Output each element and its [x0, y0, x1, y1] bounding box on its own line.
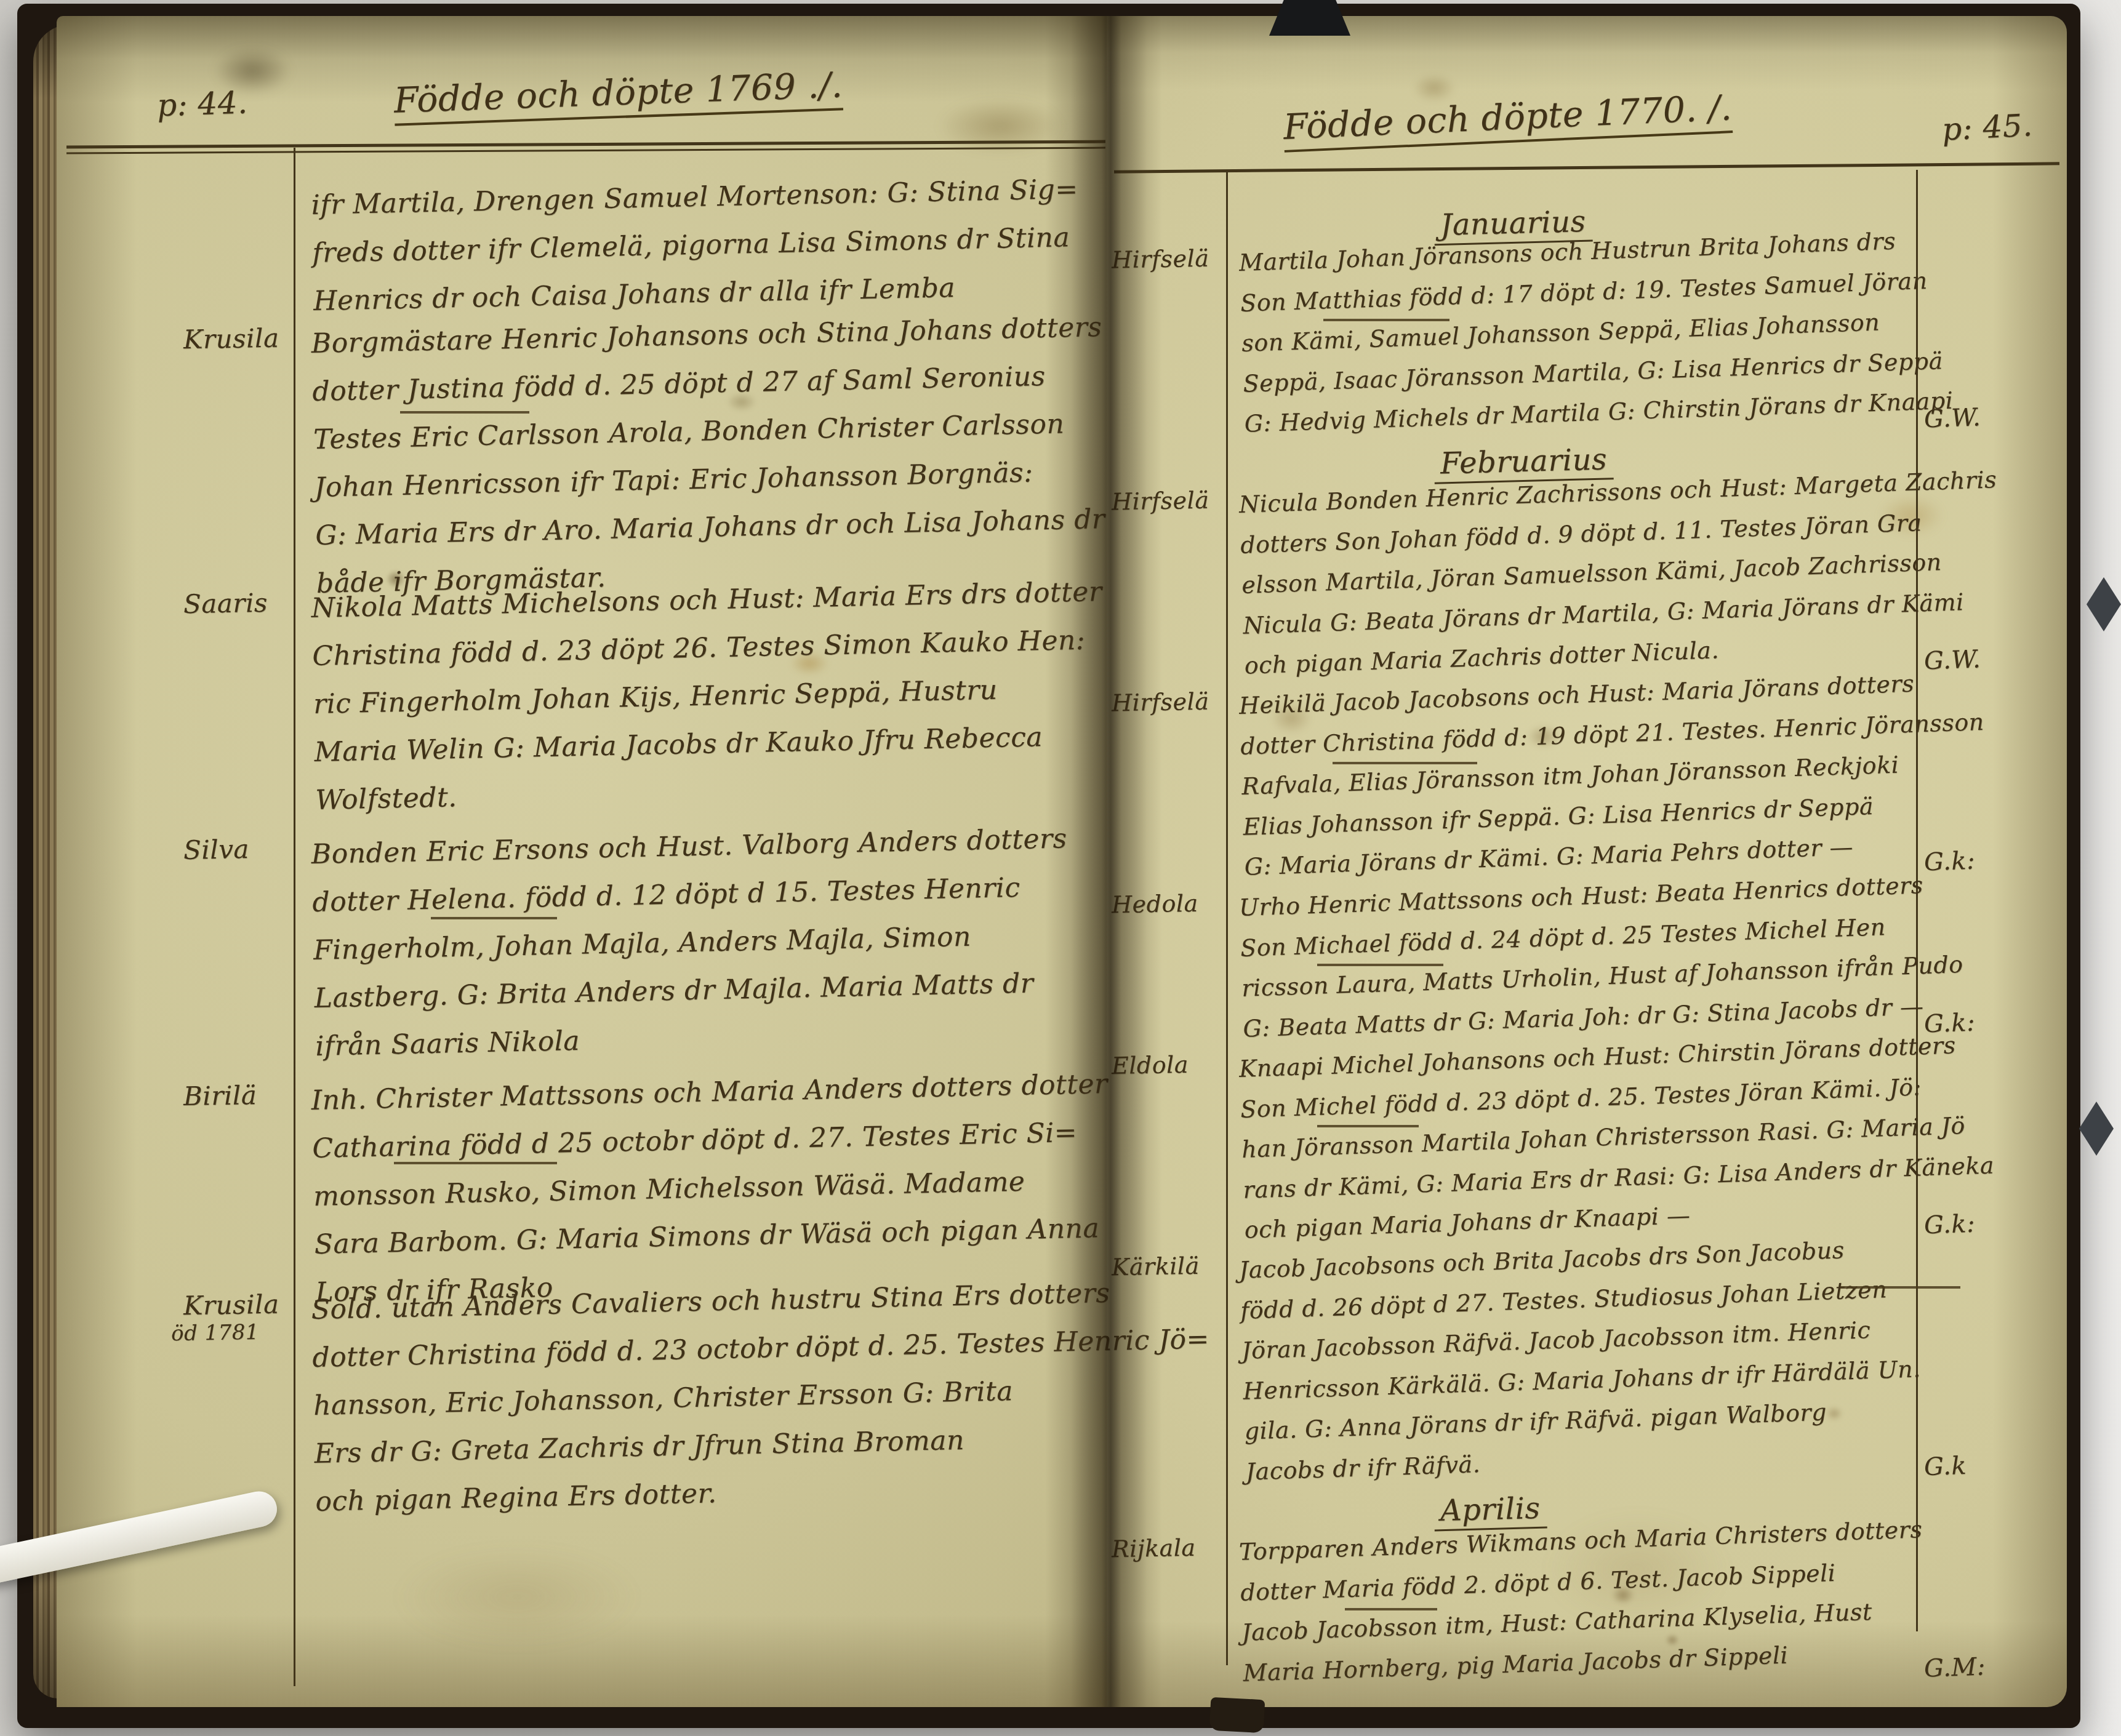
place-label: Birilä: [183, 1080, 257, 1111]
page-number-left: p: 44.: [156, 84, 248, 123]
page-number-right: p: 45.: [1941, 107, 2034, 148]
place-label: Eldola: [1112, 1051, 1189, 1079]
register-entry: Bonden Eric Ersons och Hust. Valborg And…: [311, 815, 1072, 1071]
place-label: Rijkala: [1112, 1534, 1196, 1562]
column-rule: [294, 148, 295, 1686]
place-label: Hedola: [1112, 890, 1198, 918]
place-label: Silva: [183, 834, 250, 865]
ink-underline: [1317, 964, 1443, 966]
place-label: Hirfselä: [1112, 487, 1209, 516]
place-label: Hirfselä: [1112, 245, 1209, 274]
register-entry: Nikola Matts Michelsons och Hust: Maria …: [311, 568, 1107, 825]
ink-underline: [394, 1162, 557, 1164]
register-entry: Sold. utan Anders Cavaliers och hustru S…: [311, 1267, 1213, 1526]
register-entry: Heikilä Jacob Jacobsons och Hust: Maria …: [1238, 662, 1989, 887]
edge-marker-icon: [2087, 577, 2121, 631]
place-label: Kärkilä: [1112, 1252, 1200, 1281]
register-entry: Martila Johan Jöransons och Hustrun Brit…: [1238, 220, 1954, 445]
register-entry: Jacob Jacobsons och Brita Jacobs drs Son…: [1238, 1228, 1924, 1492]
edge-marker-icon: [2079, 1102, 2114, 1156]
place-label: Hirfselä: [1112, 688, 1209, 717]
ink-underline: [1323, 319, 1449, 321]
register-entry: Borgmästare Henric Johansons och Stina J…: [311, 303, 1107, 608]
place-label: Krusila: [183, 323, 279, 355]
ink-underline: [1345, 1608, 1437, 1610]
register-entry: Torpparen Anders Wikmans och Maria Chris…: [1238, 1510, 1927, 1694]
register-entry: ifr Martila, Drengen Samuel Mortenson: G…: [311, 166, 1081, 326]
register-entry: Urho Henric Mattssons och Hust: Beata He…: [1238, 864, 1965, 1049]
minister-initials: G.M:: [1923, 1652, 1986, 1682]
column-rule: [1226, 170, 1228, 1665]
photo-backdrop: p: 44. Födde och döpte 1769 ./. Födde oc…: [0, 0, 2121, 1736]
place-label: Krusila: [183, 1289, 279, 1321]
place-label-note: öd 1781: [171, 1320, 260, 1346]
ink-underline: [1317, 1125, 1419, 1127]
ink-underline: [400, 411, 529, 414]
minister-initials: G.k:: [1923, 1210, 1976, 1240]
ink-underline: [431, 917, 557, 919]
ink-underline: [1840, 1286, 1960, 1289]
bookmark-tab: [1209, 1697, 1265, 1734]
minister-initials: G.k: [1923, 1451, 1967, 1481]
ink-underline: [1333, 762, 1477, 764]
place-label: Saaris: [183, 588, 268, 619]
register-entry: Nicula Bonden Henric Zachrissons och Hus…: [1238, 460, 2003, 686]
register-entry: Knaapi Michel Johansons och Hust: Chirst…: [1238, 1025, 1996, 1251]
minister-initials: G.W.: [1923, 403, 1981, 433]
